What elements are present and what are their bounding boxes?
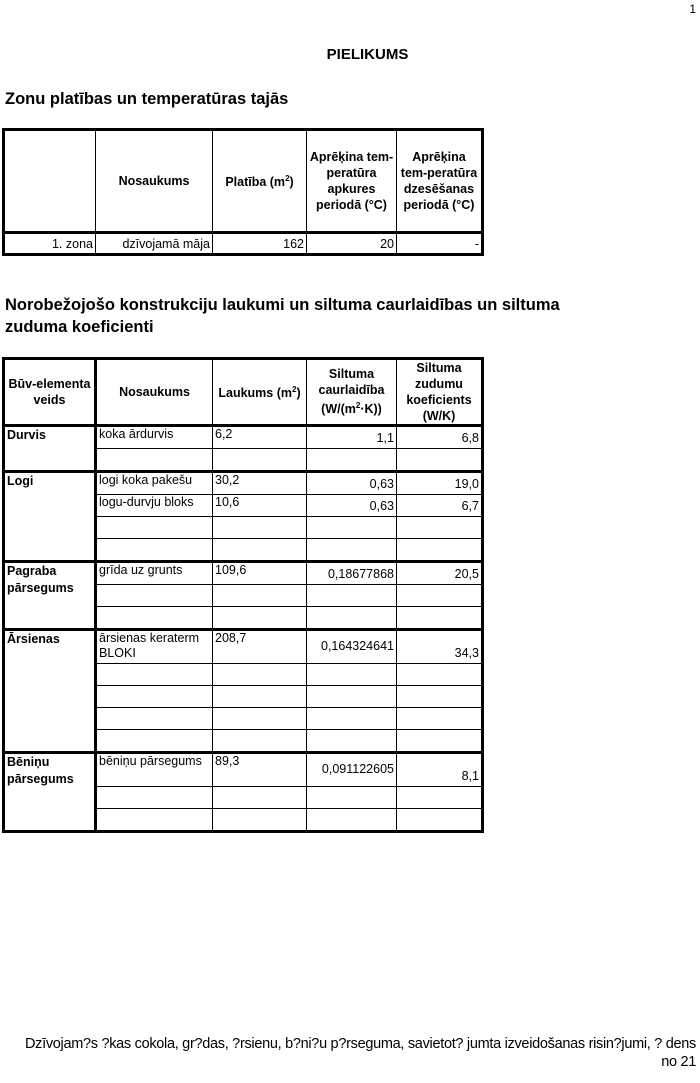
u-value-cell: [307, 585, 397, 607]
u-value-cell: 0,164324641: [307, 630, 397, 664]
loss-coefficient-cell: [397, 730, 483, 753]
footer-line-1: Dzīvojam?s ?kas cokola, gr?das, ?rsienu,…: [0, 1035, 696, 1053]
element-name-cell: grīda uz grunts: [96, 562, 213, 585]
constructions-table: Būv-elementa veids Nosaukums Laukums (m2…: [2, 357, 484, 833]
footer-line-2: no 21: [0, 1053, 696, 1071]
section-title-constructions: Norobežojošo konstrukciju laukumi un sil…: [5, 294, 605, 338]
loss-coefficient-cell: [397, 686, 483, 708]
element-name-cell: [96, 730, 213, 753]
element-area-cell: 6,2: [213, 426, 307, 449]
header-element-type: Būv-elementa veids: [4, 359, 96, 426]
element-type-cell: Pagraba pārsegums: [4, 562, 96, 630]
element-name-cell: logu-durvju bloks: [96, 495, 213, 517]
element-area-cell: [213, 607, 307, 630]
header-loss-coefficient: Siltuma zudumu koeficients (W/K): [397, 359, 483, 426]
loss-coefficient-cell: 20,5: [397, 562, 483, 585]
table-row: 1. zona dzīvojamā māja 162 20 -: [4, 233, 483, 255]
element-name-cell: koka ārdurvis: [96, 426, 213, 449]
element-name-cell: [96, 585, 213, 607]
header-name: Nosaukums: [96, 130, 213, 233]
u-value-cell: [307, 730, 397, 753]
element-area-cell: [213, 585, 307, 607]
element-name-cell: [96, 787, 213, 809]
element-area-cell: [213, 539, 307, 562]
element-area-cell: [213, 517, 307, 539]
element-area-cell: 208,7: [213, 630, 307, 664]
table-row: Durviskoka ārdurvis6,21,16,8: [4, 426, 483, 449]
loss-coefficient-cell: [397, 539, 483, 562]
zone-name-cell: dzīvojamā māja: [96, 233, 213, 255]
element-area-cell: [213, 449, 307, 472]
u-value-cell: [307, 539, 397, 562]
header-area: Platība (m2): [213, 130, 307, 233]
zone-heating-cell: 20: [307, 233, 397, 255]
loss-coefficient-cell: [397, 607, 483, 630]
loss-coefficient-cell: 6,7: [397, 495, 483, 517]
section-title-zones: Zonu platības un temperatūras tajās: [5, 88, 288, 110]
u-value-cell: [307, 517, 397, 539]
element-name-cell: [96, 539, 213, 562]
element-name-cell: [96, 449, 213, 472]
loss-coefficient-cell: [397, 787, 483, 809]
element-type-cell: Ārsienas: [4, 630, 96, 753]
element-name-cell: [96, 517, 213, 539]
u-value-cell: [307, 787, 397, 809]
element-name-cell: logi koka pakešu: [96, 472, 213, 495]
u-value-cell: [307, 449, 397, 472]
table-row: Pagraba pārsegumsgrīda uz grunts109,60,1…: [4, 562, 483, 585]
u-value-cell: 0,63: [307, 495, 397, 517]
element-name-cell: [96, 686, 213, 708]
loss-coefficient-cell: 6,8: [397, 426, 483, 449]
element-name-cell: [96, 664, 213, 686]
u-value-cell: 0,18677868: [307, 562, 397, 585]
element-area-cell: 10,6: [213, 495, 307, 517]
element-name-cell: bēniņu pārsegums: [96, 753, 213, 787]
element-type-cell: Bēniņu pārsegums: [4, 753, 96, 832]
header-area: Laukums (m2): [213, 359, 307, 426]
zones-table: Nosaukums Platība (m2) Aprēķina tem-pera…: [2, 128, 484, 256]
loss-coefficient-cell: 8,1: [397, 753, 483, 787]
u-value-cell: [307, 664, 397, 686]
page-number: 1: [689, 2, 696, 16]
header-cooling-temp: Aprēķina tem-peratūra dzesēšanas periodā…: [397, 130, 483, 233]
u-value-cell: [307, 809, 397, 832]
element-name-cell: [96, 607, 213, 630]
element-area-cell: [213, 708, 307, 730]
document-title: PIELIKUMS: [0, 46, 700, 63]
loss-coefficient-cell: [397, 517, 483, 539]
element-name-cell: [96, 708, 213, 730]
loss-coefficient-cell: [397, 585, 483, 607]
element-type-cell: Durvis: [4, 426, 96, 472]
zones-table-header: Nosaukums Platība (m2) Aprēķina tem-pera…: [4, 130, 483, 233]
element-area-cell: [213, 664, 307, 686]
element-name-cell: ārsienas keraterm BLOKI: [96, 630, 213, 664]
table-row: Bēniņu pārsegumsbēniņu pārsegums89,30,09…: [4, 753, 483, 787]
header-zone: [4, 130, 96, 233]
footer: Dzīvojam?s ?kas cokola, gr?das, ?rsienu,…: [0, 1035, 696, 1071]
element-area-cell: [213, 686, 307, 708]
header-name: Nosaukums: [96, 359, 213, 426]
loss-coefficient-cell: [397, 664, 483, 686]
u-value-cell: 1,1: [307, 426, 397, 449]
loss-coefficient-cell: [397, 708, 483, 730]
u-value-cell: 0,63: [307, 472, 397, 495]
loss-coefficient-cell: 34,3: [397, 630, 483, 664]
zone-cooling-cell: -: [397, 233, 483, 255]
u-value-cell: 0,091122605: [307, 753, 397, 787]
u-value-cell: [307, 708, 397, 730]
header-heating-temp: Aprēķina tem-peratūra apkures periodā (°…: [307, 130, 397, 233]
loss-coefficient-cell: 19,0: [397, 472, 483, 495]
u-value-cell: [307, 686, 397, 708]
element-area-cell: 30,2: [213, 472, 307, 495]
element-area-cell: 89,3: [213, 753, 307, 787]
element-type-cell: Logi: [4, 472, 96, 562]
loss-coefficient-cell: [397, 449, 483, 472]
element-area-cell: [213, 730, 307, 753]
loss-coefficient-cell: [397, 809, 483, 832]
zone-cell: 1. zona: [4, 233, 96, 255]
table-row: Logilogi koka pakešu30,20,6319,0: [4, 472, 483, 495]
constructions-table-header: Būv-elementa veids Nosaukums Laukums (m2…: [4, 359, 483, 426]
element-area-cell: [213, 787, 307, 809]
element-name-cell: [96, 809, 213, 832]
header-u-value: Siltuma caurlaidība (W/(m2·K)): [307, 359, 397, 426]
element-area-cell: 109,6: [213, 562, 307, 585]
table-row: Ārsienasārsienas keraterm BLOKI208,70,16…: [4, 630, 483, 664]
zone-area-cell: 162: [213, 233, 307, 255]
element-area-cell: [213, 809, 307, 832]
u-value-cell: [307, 607, 397, 630]
